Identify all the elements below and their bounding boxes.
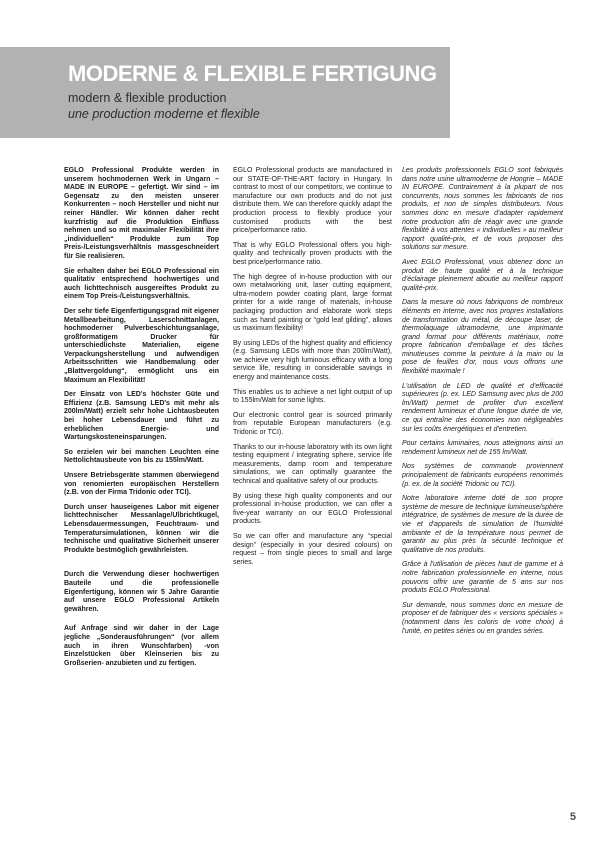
paragraph: Les produits professionnels EGLO sont fa… bbox=[402, 167, 563, 253]
paragraph: Dans la mesure où nous fabriquons de nom… bbox=[402, 299, 563, 376]
paragraph: Durch unser hauseigenes Labor mit eigene… bbox=[64, 504, 219, 556]
paragraph: EGLO Professional products are manufactu… bbox=[233, 167, 392, 236]
paragraph: L'utilisation de LED de qualité et d'eff… bbox=[402, 383, 563, 435]
paragraph: Der sehr tiefe Eigenfertigungsgrad mit e… bbox=[64, 308, 219, 385]
catalog-page: MODERNE & FLEXIBLE FERTIGUNG modern & fl… bbox=[0, 0, 600, 848]
paragraph: Notre laboratoire interne doté de son pr… bbox=[402, 495, 563, 555]
paragraph: Auf Anfrage sind wir daher in der Lage j… bbox=[64, 625, 219, 668]
paragraph: Der Einsatz von LED's höchster Güte und … bbox=[64, 391, 219, 443]
paragraph: Grâce à l'utilisation de pièces haut de … bbox=[402, 561, 563, 595]
paragraph: So erzielen wir bei manchen Leuchten ein… bbox=[64, 449, 219, 466]
subtitle-french: une production moderne et flexible bbox=[68, 107, 260, 121]
paragraph: By using LEDs of the highest quality and… bbox=[233, 340, 392, 383]
column-french: Les produits professionnels EGLO sont fa… bbox=[402, 167, 563, 642]
header-banner: MODERNE & FLEXIBLE FERTIGUNG modern & fl… bbox=[0, 47, 450, 138]
paragraph: Unsere Betriebsgeräte stammen überwiegen… bbox=[64, 472, 219, 498]
paragraph: This enables us to achieve a net light o… bbox=[233, 389, 392, 406]
paragraph: Durch die Verwendung dieser hochwertigen… bbox=[64, 571, 219, 614]
paragraph: That is why EGLO Professional offers you… bbox=[233, 242, 392, 268]
paragraph: By using these high quality components a… bbox=[233, 493, 392, 527]
paragraph: Pour certains luminaires, nous atteignon… bbox=[402, 440, 563, 457]
paragraph: Avec EGLO Professional, vous obtenez don… bbox=[402, 259, 563, 293]
paragraph: Sie erhalten daher bei EGLO Professional… bbox=[64, 268, 219, 302]
page-number: 5 bbox=[570, 811, 576, 823]
column-english: EGLO Professional products are manufactu… bbox=[233, 167, 392, 573]
paragraph: Our electronic control gear is sourced p… bbox=[233, 412, 392, 438]
paragraph: Sur demande, nous sommes donc en mesure … bbox=[402, 602, 563, 636]
paragraph: The high degree of in-house production w… bbox=[233, 274, 392, 334]
page-title: MODERNE & FLEXIBLE FERTIGUNG bbox=[68, 61, 437, 87]
paragraph: So we can offer and manufacture any “spe… bbox=[233, 533, 392, 567]
paragraph: EGLO Professional Produkte werden in uns… bbox=[64, 167, 219, 262]
paragraph: Thanks to our in-house laboratory with i… bbox=[233, 444, 392, 487]
paragraph: Nos systèmes de commande proviennent pri… bbox=[402, 463, 563, 489]
column-german: EGLO Professional Produkte werden in uns… bbox=[64, 167, 219, 674]
subtitle-english: modern & flexible production bbox=[68, 91, 226, 105]
